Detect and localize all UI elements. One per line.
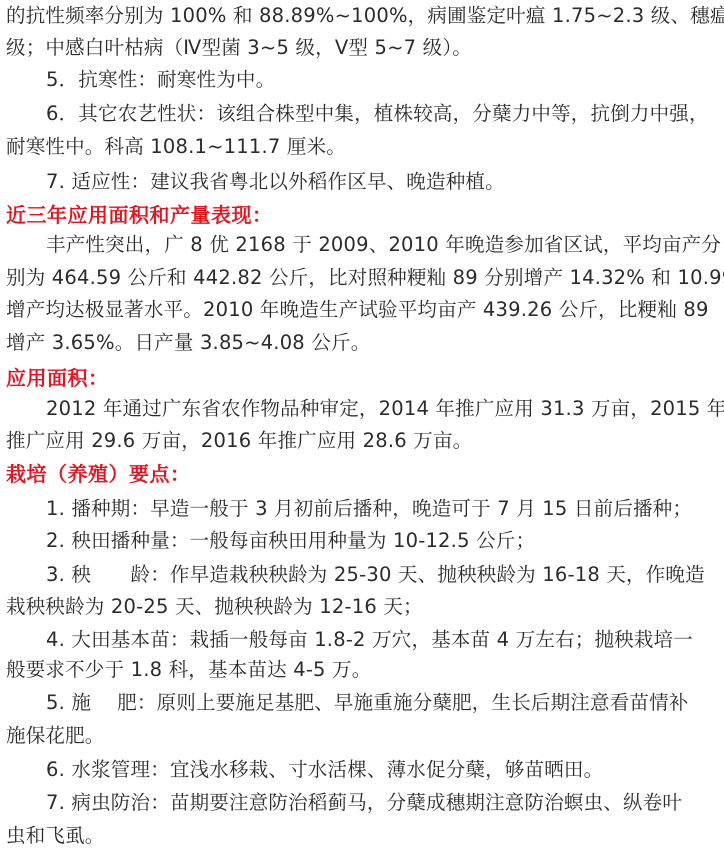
text-line: 栽秧秧龄为 20-25 天、抛秧秧龄为 12-16 天；	[6, 595, 720, 619]
text-line: 2. 秧田播种量：一般每亩秧田用种量为 10-12.5 公斤；	[46, 529, 720, 553]
text-line: 丰产性突出，广 8 优 2168 于 2009、2010 年晚造参加省区试，平均…	[46, 233, 720, 257]
text-line: 推广应用 29.6 万亩，2016 年推广应用 28.6 万亩。	[6, 429, 720, 453]
text-line: 别为 464.59 公斤和 442.82 公斤，比对照种粳籼 89 分别增产 1…	[6, 266, 720, 290]
text-line: 2012 年通过广东省农作物品种审定，2014 年推广应用 31.3 万亩，20…	[46, 397, 720, 421]
text-line: 虫和飞虱。	[6, 824, 720, 848]
text-line: 级；中感白叶枯病（Ⅳ型菌 3~5 级，Ⅴ型 5~7 级）。	[6, 36, 720, 60]
text-line: 6. 水浆管理：宜浅水移栽、寸水活棵、薄水促分蘖，够苗晒田。	[46, 758, 720, 782]
section-heading-cultivation: 栽培（养殖）要点：	[6, 462, 720, 486]
text-line: 增产均达极显著水平。2010 年晚造生产试验平均亩产 439.26 公斤，比粳籼…	[6, 298, 720, 322]
text-line: 4. 大田基本苗：栽插一般每亩 1.8-2 万穴，基本苗 4 万左右；抛秧栽培一	[46, 628, 720, 652]
section-heading-area: 应用面积：	[6, 366, 720, 390]
text-line: 增产 3.65%。日产量 3.85~4.08 公斤。	[6, 331, 720, 355]
text-line: 1. 播种期：早造一般于 3 月初前后播种，晚造可于 7 月 15 日前后播种；	[46, 497, 720, 521]
text-line: 3. 秧 龄：作早造栽秧秧龄为 25-30 天、抛秧秧龄为 16-18 天，作晚…	[46, 563, 720, 587]
text-line: 6．其它农艺性状：该组合株型中集，植株较高，分蘖力中等，抗倒力中强，	[46, 102, 720, 126]
text-line: 7. 病虫防治：苗期要注意防治稻蓟马，分蘖成穗期注意防治螟虫、纵卷叶	[46, 791, 720, 815]
section-heading-yield: 近三年应用面积和产量表现：	[6, 203, 720, 227]
text-line: 的抗性频率分别为 100% 和 88.89%~100%，病圃鉴定叶瘟 1.75~…	[6, 4, 720, 28]
text-line: 般要求不少于 1.8 科，基本苗达 4-5 万。	[6, 658, 720, 682]
text-line: 5. 施 肥：原则上要施足基肥、早施重施分蘖肥，生长后期注意看苗情补	[46, 691, 720, 715]
text-line: 5．抗寒性：耐寒性为中。	[46, 68, 720, 92]
document-page: 的抗性频率分别为 100% 和 88.89%~100%，病圃鉴定叶瘟 1.75~…	[0, 0, 724, 850]
text-line: 施保花肥。	[6, 724, 720, 748]
text-line: 耐寒性中。科高 108.1~111.7 厘米。	[6, 135, 720, 159]
text-line: 7. 适应性：建议我省粤北以外稻作区早、晚造种植。	[46, 170, 720, 194]
